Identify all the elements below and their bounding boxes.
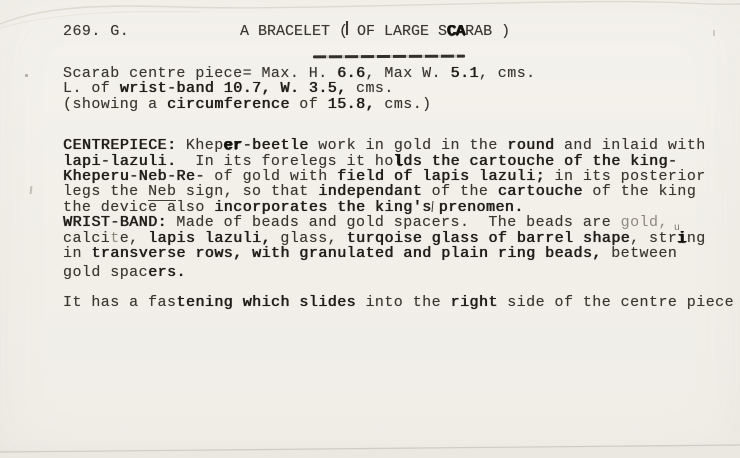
text-line: gold spacers. <box>63 265 734 280</box>
text-segment: ng <box>687 230 706 247</box>
text-segment: transverse rows, with granulated and pla… <box>91 245 601 262</box>
text-segment: CA <box>447 23 465 40</box>
text-segment: of <box>290 96 328 113</box>
text-segment: between <box>602 245 678 262</box>
text-line: lapi-lazuli. In its forelegs it holds th… <box>63 154 734 169</box>
overstrike-glyph: | <box>343 21 352 37</box>
text-segment: ers. <box>148 264 186 281</box>
text-segment: circumference <box>167 96 290 113</box>
text-line: L. of wrist-band 10.7, W. 3.5, cms. <box>63 81 734 96</box>
text-segment: 15.8, <box>328 96 375 113</box>
text-segment: It has a fas <box>63 294 176 311</box>
text-line: CENTREPIECE: Kheper-beetle work in gold … <box>63 138 734 153</box>
text-segment: (| <box>339 23 348 40</box>
text-segment: cms.) <box>375 96 432 113</box>
card-bottom-edge <box>0 438 740 458</box>
text-segment: RAB ) <box>465 23 510 40</box>
header-number: 269. G. <box>63 24 129 40</box>
text-segment: OF LARGE S <box>348 23 447 40</box>
text-segment: of the king <box>583 183 696 200</box>
document-title: A BRACELET (| OF LARGE SCARAB ) <box>240 24 510 40</box>
text-line: the device also incorporates the king'sp… <box>63 200 734 215</box>
text-segment: , cms. <box>479 65 536 82</box>
text-segment: in <box>63 245 91 262</box>
text-segment: gold spac <box>63 264 148 281</box>
text-line: in transverse rows, with granulated and … <box>63 246 734 261</box>
text-segment: tening which slides <box>176 294 356 311</box>
document-lines: Scarab centre piece= Max. H. 6.6, Max W.… <box>63 66 734 310</box>
title-underline <box>313 55 465 58</box>
ink-speck-3 <box>713 30 715 36</box>
text-segment: A BRACELET <box>240 23 339 40</box>
text-segment: into the <box>356 294 451 311</box>
text-segment <box>431 201 439 212</box>
text-line: legs the Neb sign, so that independant o… <box>63 184 734 199</box>
text-segment: (showing a <box>63 96 167 113</box>
text-line: (showing a circumference of 15.8, cms.) <box>63 97 734 112</box>
text-line: calcite, lapis lazuli, glass, turqoise g… <box>63 231 734 246</box>
text-segment: right <box>451 294 498 311</box>
text-line: WRIST-BAND: Made of beads and gold space… <box>63 215 734 230</box>
text-segment: 5.1 <box>451 65 479 82</box>
catalog-card: 269. G. A BRACELET (| OF LARGE SCARAB ) … <box>0 0 740 458</box>
text-line: It has a fastening which slides into the… <box>63 295 734 310</box>
text-segment: i <box>677 230 686 247</box>
text-segment: side of the centre piece <box>498 294 734 311</box>
ink-speck-1 <box>30 186 32 194</box>
ink-speck-2 <box>25 74 28 77</box>
